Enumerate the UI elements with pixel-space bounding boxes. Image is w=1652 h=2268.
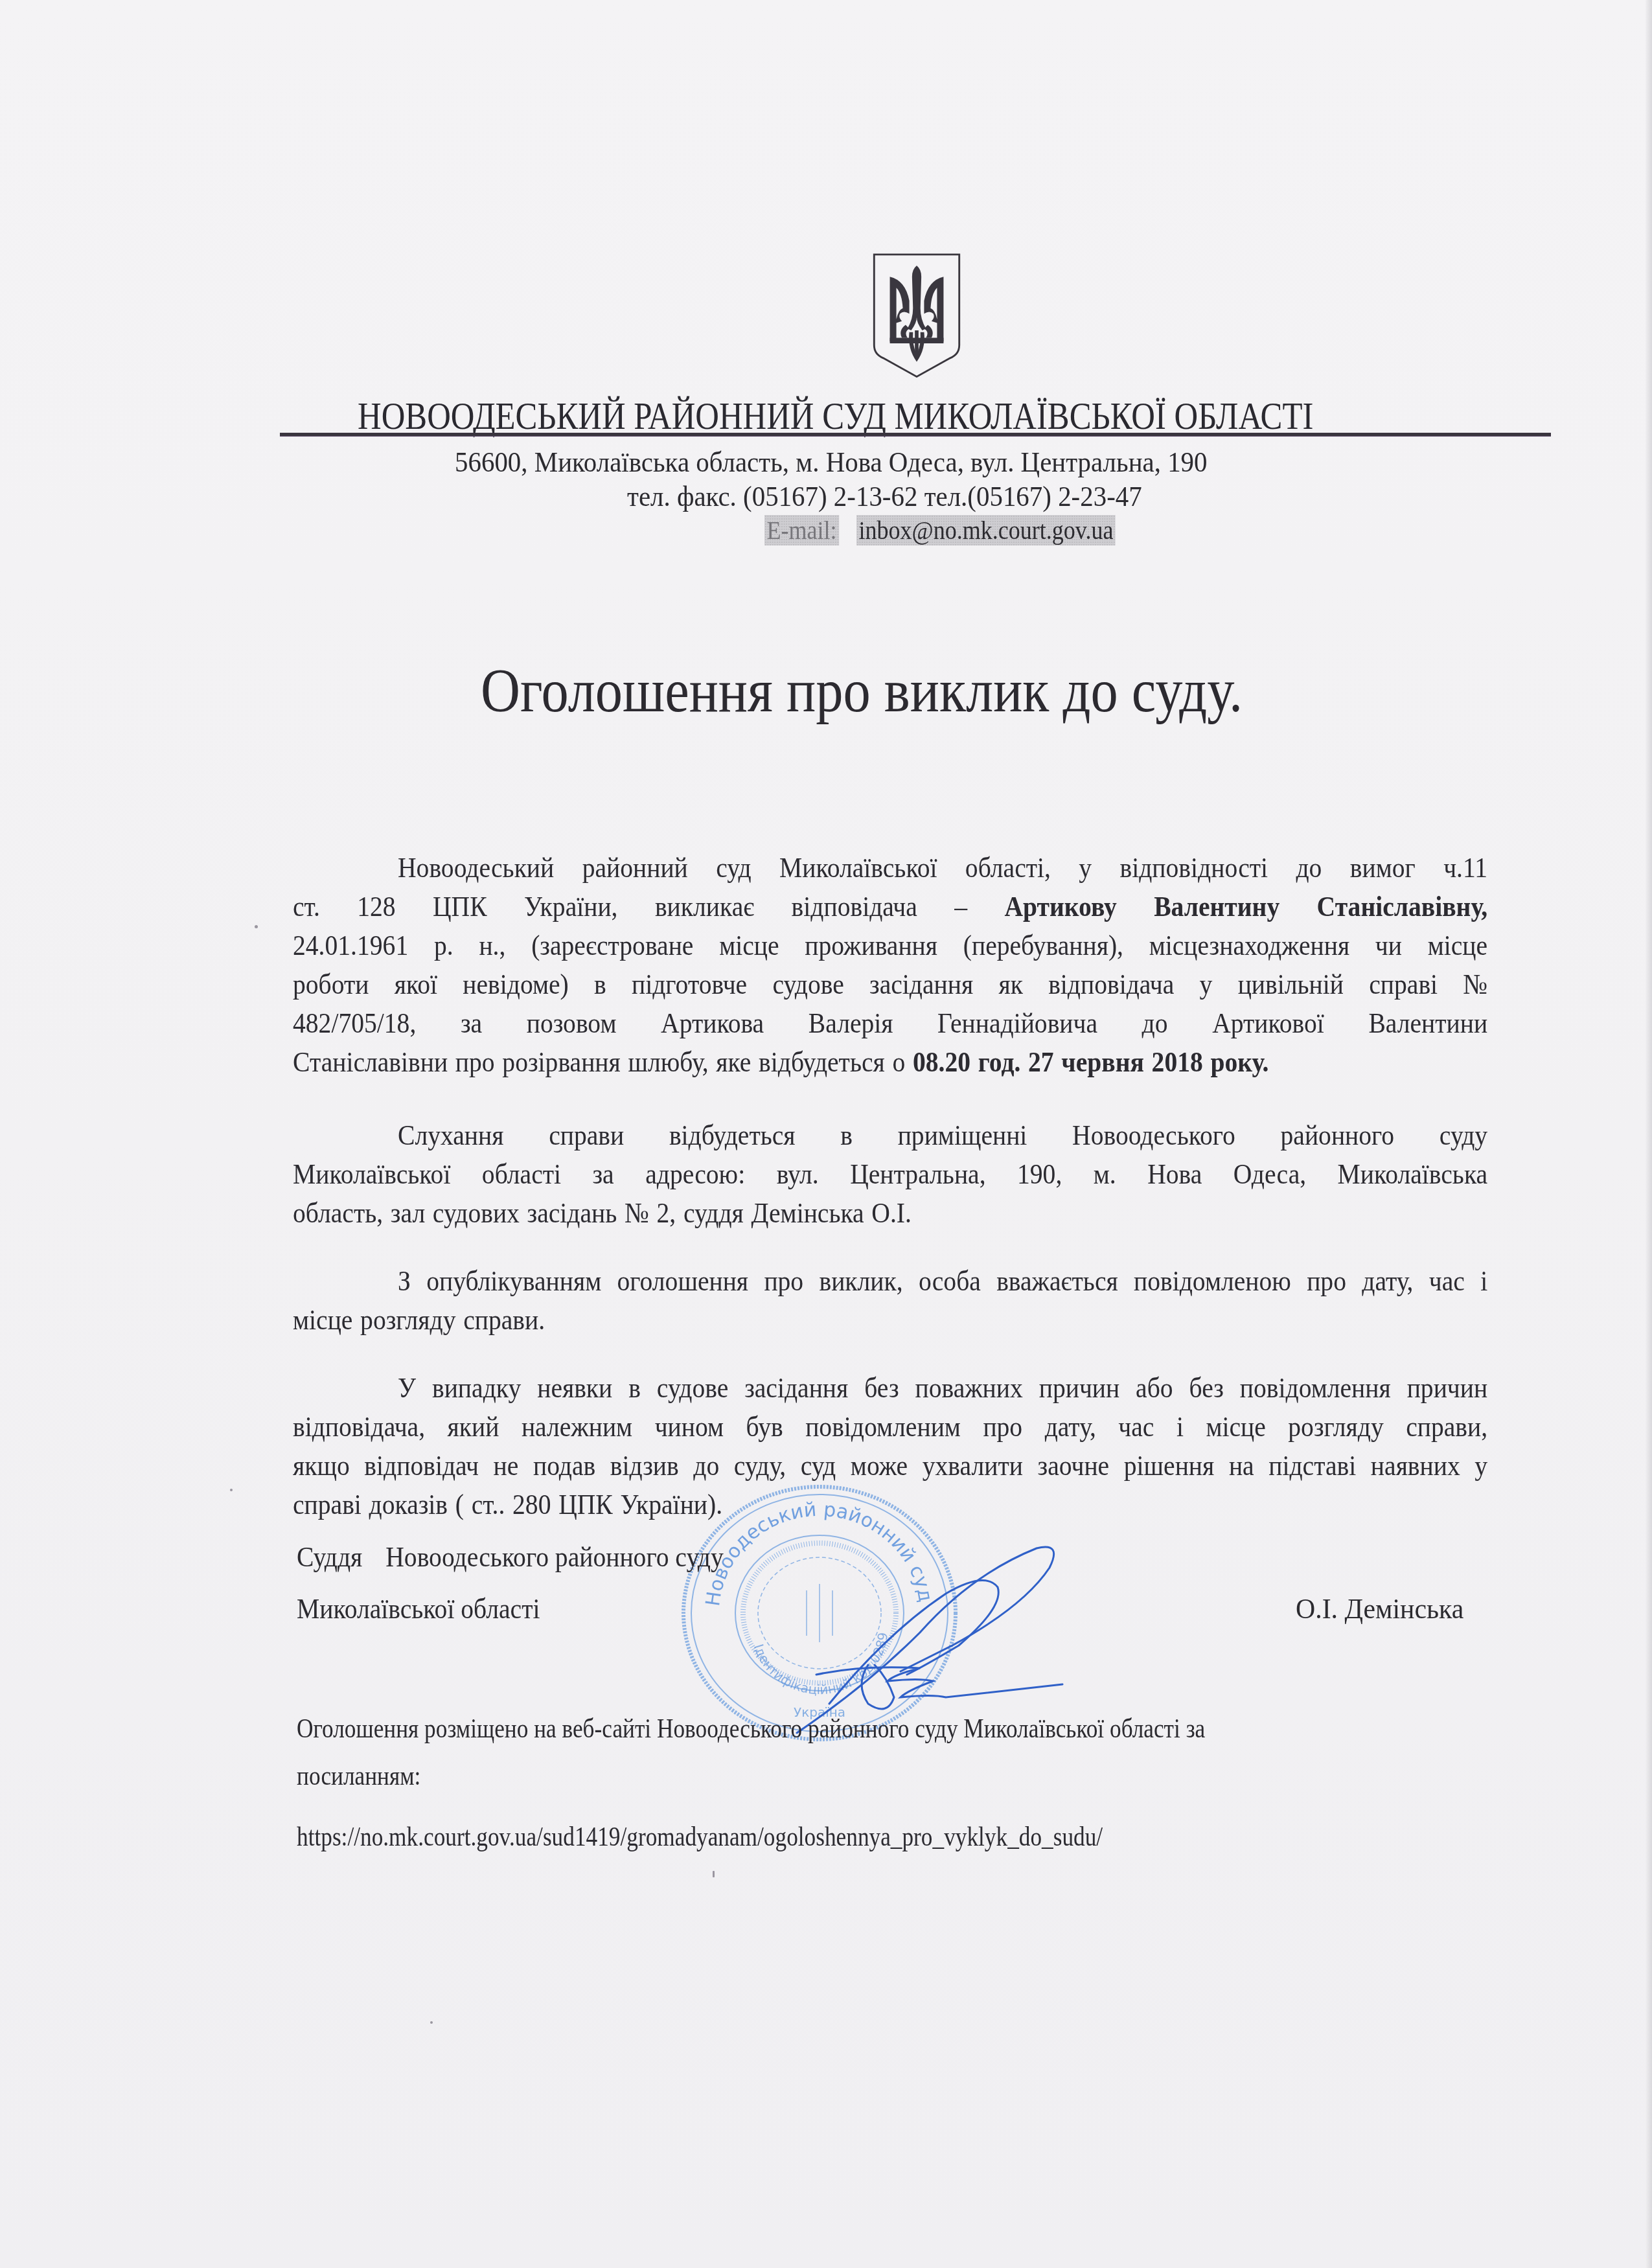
court-address: 56600, Миколаївська область, м. Нова Оде… [455, 446, 1208, 479]
text-line: якщо відповідач не подав відзив до суду,… [293, 1447, 1487, 1485]
hearing-datetime: 08.20 год. 27 червня 2018 року. [913, 1046, 1268, 1078]
email-address: inbox@no.mk.court.gov.ua [856, 515, 1116, 545]
defendant-name: Артикову Валентину Станіславівну, [1004, 891, 1487, 922]
judge-signature [790, 1535, 1069, 1743]
text-line: область, зал судових засідань № 2, суддя… [293, 1194, 1487, 1233]
scan-edge-shadow [1646, 0, 1652, 2268]
court-of-position: Новоодеського районного суду [385, 1541, 723, 1573]
text-line: роботи якої невідоме) в підготовче судов… [293, 965, 1487, 1004]
document-title: Оголошення про виклик до суду. [481, 654, 1243, 726]
text-line: З опублікуванням оголошення про виклик, … [293, 1262, 1487, 1301]
signatory-position-line-2: Миколаївської області [297, 1592, 540, 1625]
text-line: Новоодеський районний суд Миколаївської … [293, 849, 1487, 888]
text-line: Миколаївської області за адресою: вул. Ц… [293, 1155, 1487, 1194]
text-line: Станіславівни про розірвання шлюбу, яке … [293, 1043, 1487, 1082]
document-page: НОВООДЕСЬКИЙ РАЙОННИЙ СУД МИКОЛАЇВСЬКОЇ … [0, 0, 1652, 2268]
text-span: Станіславівни про розірвання шлюбу, яке … [293, 1046, 913, 1078]
text-line: ст. 128 ЦПК України, викликає відповідач… [293, 888, 1487, 926]
text-span: ст. 128 ЦПК України, викликає відповідач… [293, 891, 1004, 922]
court-phones: тел. факс. (05167) 2-13-62 тел.(05167) 2… [627, 480, 1142, 513]
scan-speck [255, 925, 258, 928]
header-divider [280, 433, 1551, 437]
text-line: відповідача, який належним чином був пов… [293, 1408, 1487, 1447]
court-email-row: E-mail: inbox@no.mk.court.gov.ua [764, 515, 1144, 545]
signatory-position-line-1: СуддяНовоодеського районного суду [297, 1541, 724, 1574]
scan-speck [230, 1489, 233, 1491]
publication-notice-cont: посиланням: [297, 1761, 420, 1792]
notice-body: Новоодеський районний суд Миколаївської … [293, 849, 1489, 1524]
text-line: Слухання справи відбудеться в приміщенні… [293, 1116, 1487, 1155]
text-line: 24.01.1961 р. н., (зареєстроване місце п… [293, 926, 1487, 965]
scan-speck [430, 2021, 433, 2024]
text-line: 482/705/18, за позовом Артикова Валерія … [293, 1004, 1487, 1043]
scan-speck [713, 1871, 715, 1877]
notice-url-link[interactable]: https://no.mk.court.gov.ua/sud1419/groma… [297, 1822, 1103, 1853]
text-line: місце розгляду справи. [293, 1301, 1487, 1340]
paragraph-hearing-location: Слухання справи відбудеться в приміщенні… [293, 1116, 1489, 1233]
court-name-heading: НОВООДЕСЬКИЙ РАЙОННИЙ СУД МИКОЛАЇВСЬКОЇ … [358, 394, 1316, 439]
text-line: У випадку неявки в судове засідання без … [293, 1369, 1487, 1408]
publication-notice: Оголошення розміщено на веб-сайті Новоод… [297, 1713, 1205, 1745]
paragraph-publication-effect: З опублікуванням оголошення про виклик, … [293, 1262, 1489, 1340]
email-label: E-mail: [764, 515, 839, 545]
paragraph-summons: Новоодеський районний суд Миколаївської … [293, 849, 1489, 1082]
position-word: Суддя [297, 1541, 362, 1573]
judge-name: О.І. Демінська [1296, 1592, 1463, 1625]
coat-of-arms-icon [868, 253, 965, 382]
